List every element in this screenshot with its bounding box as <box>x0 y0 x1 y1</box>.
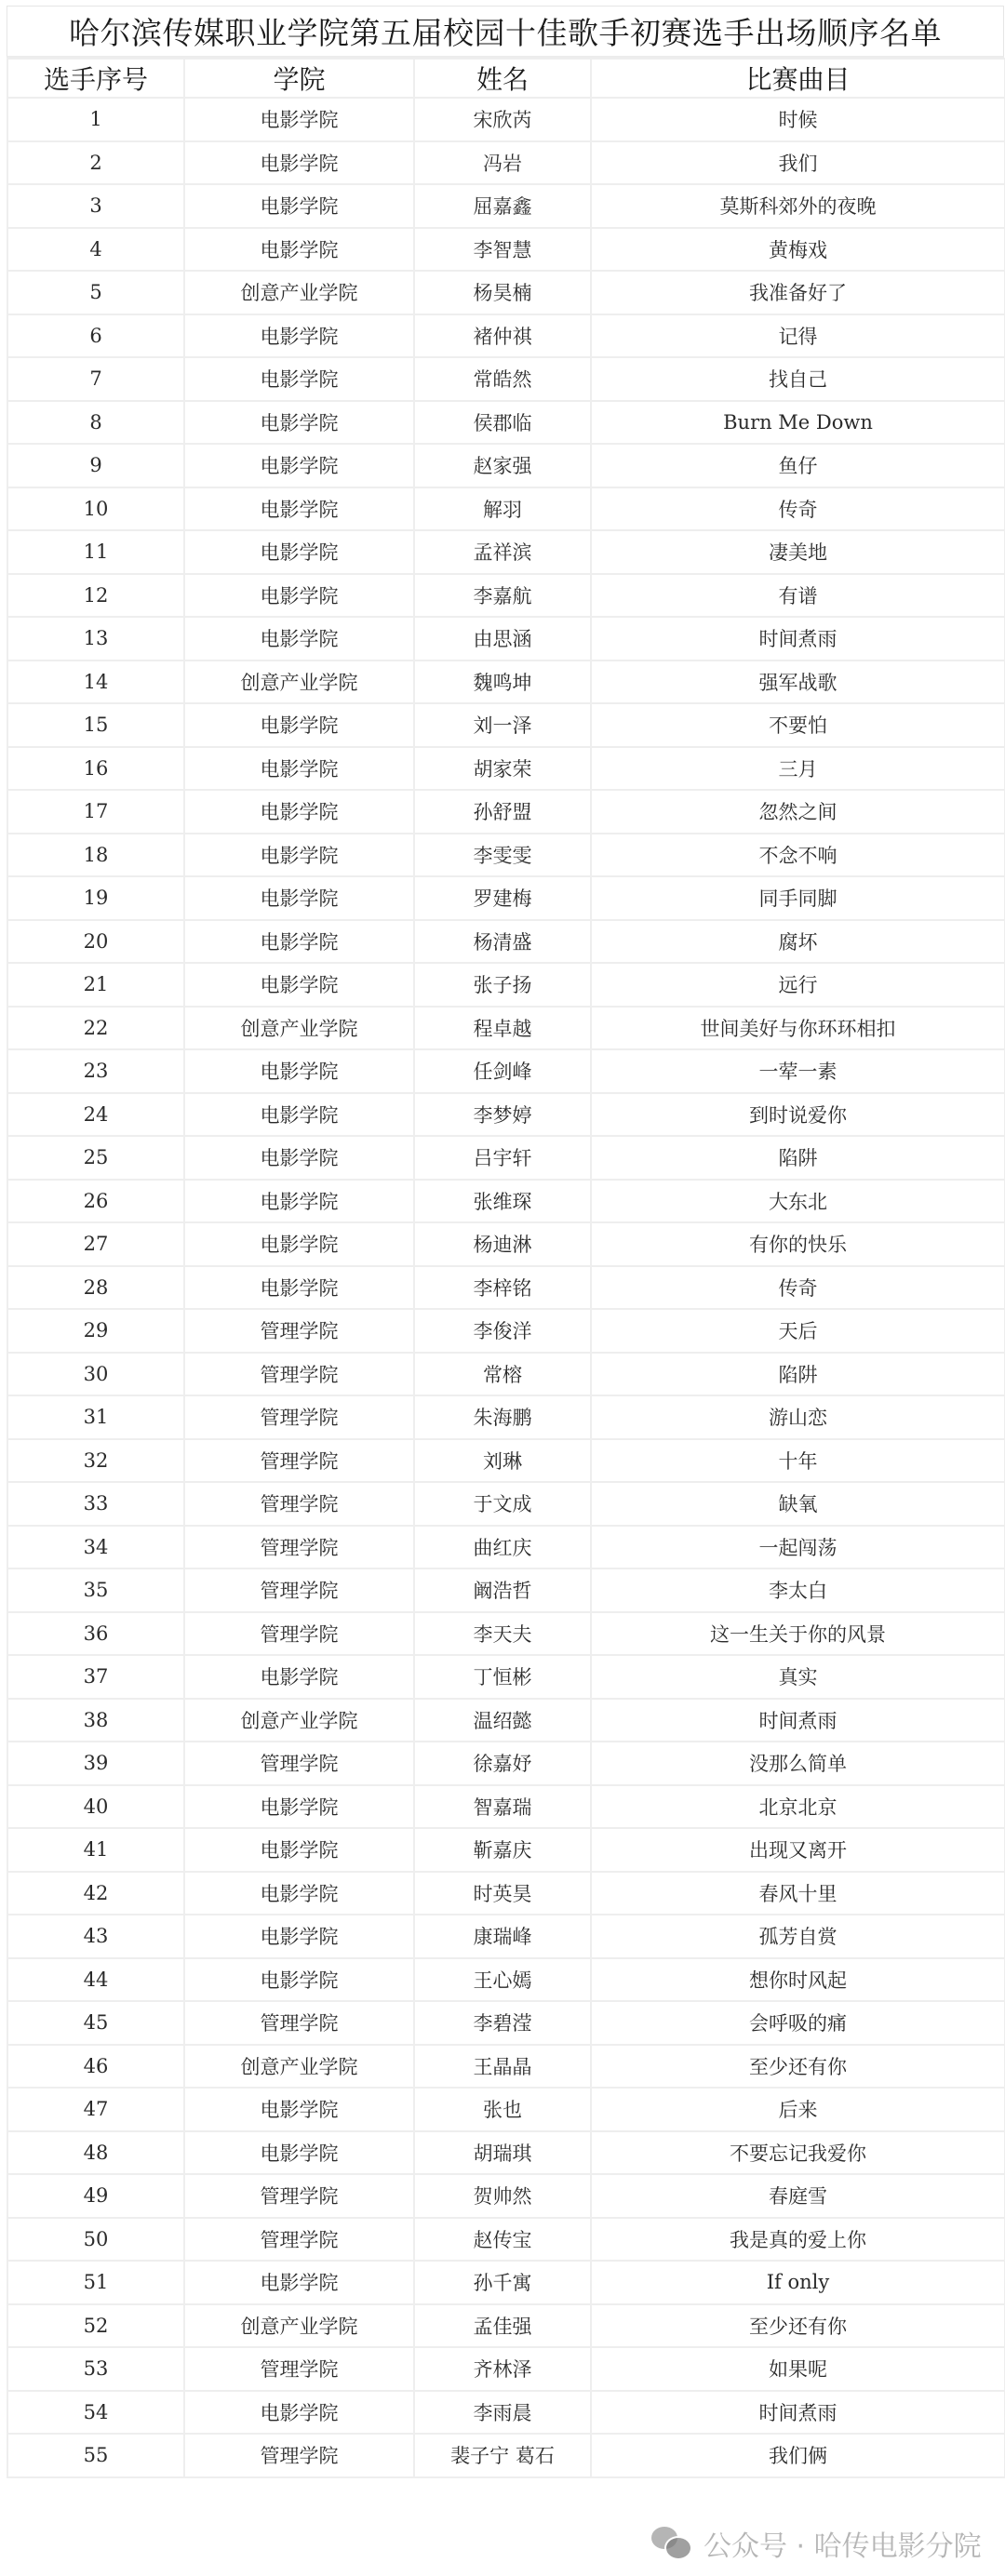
table-row: 39管理学院徐嘉妤没那么简单 <box>7 1742 1005 1785</box>
table-row: 7电影学院常皓然找自己 <box>7 357 1005 401</box>
cell-name: 赵家强 <box>414 444 591 487</box>
cell-college: 管理学院 <box>184 2347 414 2391</box>
table-row: 6电影学院褚仲祺记得 <box>7 314 1005 358</box>
cell-name: 裴子宁 葛石 <box>414 2434 591 2477</box>
table-row: 24电影学院李梦婷到时说爱你 <box>7 1093 1005 1137</box>
table-row: 10电影学院解羽传奇 <box>7 487 1005 531</box>
cell-name: 刘一泽 <box>414 703 591 747</box>
document-title: 哈尔滨传媒职业学院第五届校园十佳歌手初赛选手出场顺序名单 <box>7 6 1004 58</box>
table-row: 5创意产业学院杨昊楠我准备好了 <box>7 271 1005 314</box>
cell-song: 时间煮雨 <box>591 617 1005 661</box>
cell-name: 任剑峰 <box>414 1049 591 1093</box>
cell-name: 解羽 <box>414 487 591 531</box>
table-row: 19电影学院罗建梅同手同脚 <box>7 876 1005 920</box>
cell-name: 常皓然 <box>414 357 591 401</box>
cell-song: 会呼吸的痛 <box>591 2001 1005 2045</box>
table-row: 17电影学院孙舒盟忽然之间 <box>7 790 1005 834</box>
cell-number: 30 <box>7 1353 184 1396</box>
cell-name: 曲红庆 <box>414 1526 591 1569</box>
cell-name: 杨清盛 <box>414 920 591 964</box>
cell-name: 李梦婷 <box>414 1093 591 1137</box>
cell-college: 电影学院 <box>184 1136 414 1180</box>
table-row: 25电影学院吕宇轩陷阱 <box>7 1136 1005 1180</box>
cell-college: 管理学院 <box>184 1439 414 1483</box>
cell-college: 电影学院 <box>184 314 414 358</box>
table-row: 33管理学院于文成缺氧 <box>7 1482 1005 1526</box>
cell-number: 27 <box>7 1222 184 1266</box>
cell-song: 时间煮雨 <box>591 2391 1005 2435</box>
cell-name: 孙千寓 <box>414 2261 591 2304</box>
cell-number: 12 <box>7 574 184 618</box>
cell-name: 张子扬 <box>414 963 591 1007</box>
cell-college: 创意产业学院 <box>184 661 414 704</box>
table-row: 48电影学院胡瑞琪不要忘记我爱你 <box>7 2131 1005 2175</box>
cell-number: 14 <box>7 661 184 704</box>
table-row: 42电影学院时英昊春风十里 <box>7 1872 1005 1915</box>
cell-number: 19 <box>7 876 184 920</box>
cell-song: 远行 <box>591 963 1005 1007</box>
cell-college: 电影学院 <box>184 357 414 401</box>
watermark: 公众号 · 哈传电影分院 <box>651 2523 982 2564</box>
table-row: 12电影学院李嘉航有谱 <box>7 574 1005 618</box>
cell-college: 电影学院 <box>184 530 414 574</box>
cell-number: 25 <box>7 1136 184 1180</box>
table-row: 40电影学院智嘉瑞北京北京 <box>7 1785 1005 1829</box>
table-row: 27电影学院杨迪淋有你的快乐 <box>7 1222 1005 1266</box>
table-row: 51电影学院孙千寓If only <box>7 2261 1005 2304</box>
cell-number: 48 <box>7 2131 184 2175</box>
cell-name: 李雯雯 <box>414 834 591 877</box>
cell-number: 4 <box>7 228 184 272</box>
cell-college: 创意产业学院 <box>184 1007 414 1050</box>
table-row: 30管理学院常榕陷阱 <box>7 1353 1005 1396</box>
cell-college: 电影学院 <box>184 747 414 791</box>
cell-number: 28 <box>7 1266 184 1310</box>
cell-song: 时间煮雨 <box>591 1699 1005 1742</box>
cell-name: 张也 <box>414 2088 591 2131</box>
table-row: 36管理学院李天夫这一生关于你的风景 <box>7 1612 1005 1656</box>
table-row: 1电影学院宋欣芮时候 <box>7 98 1005 141</box>
column-header-name: 姓名 <box>414 59 591 98</box>
cell-college: 电影学院 <box>184 1049 414 1093</box>
cell-number: 46 <box>7 2045 184 2089</box>
cell-song: 真实 <box>591 1655 1005 1699</box>
cell-number: 52 <box>7 2304 184 2348</box>
cell-college: 管理学院 <box>184 2218 414 2262</box>
table-row: 43电影学院康瑞峰孤芳自赏 <box>7 1915 1005 1958</box>
cell-college: 管理学院 <box>184 2174 414 2218</box>
cell-number: 23 <box>7 1049 184 1093</box>
cell-song: 至少还有你 <box>591 2304 1005 2348</box>
cell-song: 至少还有你 <box>591 2045 1005 2089</box>
cell-song: 陷阱 <box>591 1353 1005 1396</box>
cell-song: 我是真的爱上你 <box>591 2218 1005 2262</box>
cell-number: 31 <box>7 1395 184 1439</box>
cell-number: 37 <box>7 1655 184 1699</box>
cell-college: 电影学院 <box>184 1655 414 1699</box>
cell-name: 靳嘉庆 <box>414 1828 591 1872</box>
cell-song: 世间美好与你环环相扣 <box>591 1007 1005 1050</box>
cell-song: 李太白 <box>591 1568 1005 1612</box>
cell-song: 这一生关于你的风景 <box>591 1612 1005 1656</box>
cell-song: 到时说爱你 <box>591 1093 1005 1137</box>
table-row: 13电影学院由思涵时间煮雨 <box>7 617 1005 661</box>
cell-number: 13 <box>7 617 184 661</box>
cell-name: 胡瑞琪 <box>414 2131 591 2175</box>
cell-number: 54 <box>7 2391 184 2435</box>
cell-college: 管理学院 <box>184 1353 414 1396</box>
cell-name: 孟佳强 <box>414 2304 591 2348</box>
cell-college: 电影学院 <box>184 487 414 531</box>
cell-college: 电影学院 <box>184 1222 414 1266</box>
cell-name: 李智慧 <box>414 228 591 272</box>
table-row: 11电影学院孟祥滨凄美地 <box>7 530 1005 574</box>
cell-name: 张维琛 <box>414 1180 591 1223</box>
cell-number: 44 <box>7 1958 184 2002</box>
contestant-list-sheet: 哈尔滨传媒职业学院第五届校园十佳歌手初赛选手出场顺序名单 选手序号 学院 姓名 … <box>7 6 1004 2478</box>
cell-song: 大东北 <box>591 1180 1005 1223</box>
table-row: 29管理学院李俊洋天后 <box>7 1309 1005 1353</box>
cell-song: 天后 <box>591 1309 1005 1353</box>
cell-name: 宋欣芮 <box>414 98 591 141</box>
cell-name: 由思涵 <box>414 617 591 661</box>
table-row: 21电影学院张子扬远行 <box>7 963 1005 1007</box>
table-row: 16电影学院胡家荣三月 <box>7 747 1005 791</box>
table-row: 4电影学院李智慧黄梅戏 <box>7 228 1005 272</box>
cell-college: 管理学院 <box>184 1526 414 1569</box>
cell-number: 43 <box>7 1915 184 1958</box>
cell-name: 李梓铭 <box>414 1266 591 1310</box>
cell-name: 朱海鹏 <box>414 1395 591 1439</box>
cell-song: 我准备好了 <box>591 271 1005 314</box>
cell-college: 电影学院 <box>184 2261 414 2304</box>
cell-number: 42 <box>7 1872 184 1915</box>
table-row: 9电影学院赵家强鱼仔 <box>7 444 1005 487</box>
cell-song: 不要怕 <box>591 703 1005 747</box>
table-row: 15电影学院刘一泽不要怕 <box>7 703 1005 747</box>
cell-college: 电影学院 <box>184 141 414 185</box>
cell-college: 电影学院 <box>184 834 414 877</box>
cell-number: 50 <box>7 2218 184 2262</box>
cell-number: 34 <box>7 1526 184 1569</box>
cell-song: 我们 <box>591 141 1005 185</box>
cell-name: 冯岩 <box>414 141 591 185</box>
table-row: 50管理学院赵传宝我是真的爱上你 <box>7 2218 1005 2262</box>
cell-college: 电影学院 <box>184 98 414 141</box>
cell-number: 53 <box>7 2347 184 2391</box>
cell-song: 一起闯荡 <box>591 1526 1005 1569</box>
cell-number: 1 <box>7 98 184 141</box>
cell-song: 强军战歌 <box>591 661 1005 704</box>
cell-name: 王晶晶 <box>414 2045 591 2089</box>
cell-song: 凄美地 <box>591 530 1005 574</box>
table-row: 31管理学院朱海鹏游山恋 <box>7 1395 1005 1439</box>
table-row: 54电影学院李雨晨时间煮雨 <box>7 2391 1005 2435</box>
cell-college: 电影学院 <box>184 1958 414 2002</box>
cell-college: 电影学院 <box>184 1828 414 1872</box>
cell-number: 55 <box>7 2434 184 2477</box>
cell-college: 创意产业学院 <box>184 2304 414 2348</box>
cell-song: Burn Me Down <box>591 401 1005 445</box>
cell-number: 22 <box>7 1007 184 1050</box>
cell-college: 管理学院 <box>184 1568 414 1612</box>
cell-name: 李俊洋 <box>414 1309 591 1353</box>
cell-number: 21 <box>7 963 184 1007</box>
cell-number: 20 <box>7 920 184 964</box>
cell-song: 想你时风起 <box>591 1958 1005 2002</box>
cell-song: 有谱 <box>591 574 1005 618</box>
cell-name: 孙舒盟 <box>414 790 591 834</box>
cell-name: 罗建梅 <box>414 876 591 920</box>
cell-song: 不要忘记我爱你 <box>591 2131 1005 2175</box>
cell-song: 不念不响 <box>591 834 1005 877</box>
table-header-row: 选手序号 学院 姓名 比赛曲目 <box>7 59 1005 98</box>
cell-number: 15 <box>7 703 184 747</box>
cell-college: 管理学院 <box>184 1309 414 1353</box>
cell-name: 贺帅然 <box>414 2174 591 2218</box>
cell-name: 徐嘉妤 <box>414 1742 591 1785</box>
cell-number: 2 <box>7 141 184 185</box>
cell-song: 有你的快乐 <box>591 1222 1005 1266</box>
cell-name: 阚浩哲 <box>414 1568 591 1612</box>
table-row: 46创意产业学院王晶晶至少还有你 <box>7 2045 1005 2089</box>
cell-college: 电影学院 <box>184 1266 414 1310</box>
cell-college: 电影学院 <box>184 2391 414 2435</box>
cell-number: 38 <box>7 1699 184 1742</box>
cell-number: 35 <box>7 1568 184 1612</box>
cell-song: 记得 <box>591 314 1005 358</box>
cell-college: 电影学院 <box>184 574 414 618</box>
cell-college: 电影学院 <box>184 2088 414 2131</box>
cell-number: 49 <box>7 2174 184 2218</box>
cell-song: 传奇 <box>591 487 1005 531</box>
column-header-number: 选手序号 <box>7 59 184 98</box>
cell-song: 春庭雪 <box>591 2174 1005 2218</box>
cell-song: 十年 <box>591 1439 1005 1483</box>
table-row: 23电影学院任剑峰一荤一素 <box>7 1049 1005 1093</box>
cell-number: 36 <box>7 1612 184 1656</box>
cell-name: 侯郡临 <box>414 401 591 445</box>
table-row: 18电影学院李雯雯不念不响 <box>7 834 1005 877</box>
cell-college: 管理学院 <box>184 1395 414 1439</box>
table-row: 26电影学院张维琛大东北 <box>7 1180 1005 1223</box>
table-row: 20电影学院杨清盛腐坏 <box>7 920 1005 964</box>
cell-college: 电影学院 <box>184 963 414 1007</box>
cell-song: 同手同脚 <box>591 876 1005 920</box>
cell-name: 杨迪淋 <box>414 1222 591 1266</box>
cell-college: 管理学院 <box>184 2434 414 2477</box>
cell-name: 李雨晨 <box>414 2391 591 2435</box>
cell-number: 33 <box>7 1482 184 1526</box>
cell-number: 7 <box>7 357 184 401</box>
cell-number: 41 <box>7 1828 184 1872</box>
cell-song: 孤芳自赏 <box>591 1915 1005 1958</box>
cell-college: 电影学院 <box>184 184 414 228</box>
table-row: 47电影学院张也后来 <box>7 2088 1005 2131</box>
cell-name: 李天夫 <box>414 1612 591 1656</box>
cell-college: 电影学院 <box>184 1872 414 1915</box>
cell-song: 莫斯科郊外的夜晚 <box>591 184 1005 228</box>
cell-song: 找自己 <box>591 357 1005 401</box>
cell-college: 创意产业学院 <box>184 1699 414 1742</box>
cell-number: 26 <box>7 1180 184 1223</box>
table-row: 35管理学院阚浩哲李太白 <box>7 1568 1005 1612</box>
table-row: 37电影学院丁恒彬真实 <box>7 1655 1005 1699</box>
cell-college: 电影学院 <box>184 1180 414 1223</box>
cell-name: 齐林泽 <box>414 2347 591 2391</box>
cell-college: 电影学院 <box>184 401 414 445</box>
cell-college: 电影学院 <box>184 444 414 487</box>
cell-song: 北京北京 <box>591 1785 1005 1829</box>
cell-number: 9 <box>7 444 184 487</box>
cell-college: 电影学院 <box>184 703 414 747</box>
table-row: 44电影学院王心嫣想你时风起 <box>7 1958 1005 2002</box>
cell-college: 电影学院 <box>184 790 414 834</box>
watermark-text: 公众号 · 哈传电影分院 <box>703 2523 982 2564</box>
cell-name: 程卓越 <box>414 1007 591 1050</box>
table-row: 45管理学院李碧滢会呼吸的痛 <box>7 2001 1005 2045</box>
cell-name: 李嘉航 <box>414 574 591 618</box>
cell-college: 电影学院 <box>184 1785 414 1829</box>
cell-song: 陷阱 <box>591 1136 1005 1180</box>
cell-number: 40 <box>7 1785 184 1829</box>
cell-song: 春风十里 <box>591 1872 1005 1915</box>
cell-number: 8 <box>7 401 184 445</box>
cell-number: 10 <box>7 487 184 531</box>
cell-song: 出现又离开 <box>591 1828 1005 1872</box>
cell-song: 如果呢 <box>591 2347 1005 2391</box>
cell-number: 17 <box>7 790 184 834</box>
table-row: 49管理学院贺帅然春庭雪 <box>7 2174 1005 2218</box>
cell-college: 电影学院 <box>184 2131 414 2175</box>
cell-college: 创意产业学院 <box>184 2045 414 2089</box>
cell-number: 39 <box>7 1742 184 1785</box>
cell-song: 腐坏 <box>591 920 1005 964</box>
cell-college: 电影学院 <box>184 228 414 272</box>
cell-song: 我们俩 <box>591 2434 1005 2477</box>
table-row: 38创意产业学院温绍懿时间煮雨 <box>7 1699 1005 1742</box>
cell-name: 魏鸣坤 <box>414 661 591 704</box>
cell-name: 康瑞峰 <box>414 1915 591 1958</box>
cell-number: 29 <box>7 1309 184 1353</box>
cell-number: 6 <box>7 314 184 358</box>
cell-number: 32 <box>7 1439 184 1483</box>
wechat-icon <box>651 2527 692 2560</box>
table-row: 28电影学院李梓铭传奇 <box>7 1266 1005 1310</box>
table-row: 8电影学院侯郡临Burn Me Down <box>7 401 1005 445</box>
cell-song: 一荤一素 <box>591 1049 1005 1093</box>
cell-college: 电影学院 <box>184 876 414 920</box>
table-row: 2电影学院冯岩我们 <box>7 141 1005 185</box>
cell-name: 赵传宝 <box>414 2218 591 2262</box>
table-row: 53管理学院齐林泽如果呢 <box>7 2347 1005 2391</box>
table-row: 22创意产业学院程卓越世间美好与你环环相扣 <box>7 1007 1005 1050</box>
table-row: 14创意产业学院魏鸣坤强军战歌 <box>7 661 1005 704</box>
table-body: 1电影学院宋欣芮时候2电影学院冯岩我们3电影学院屈嘉鑫莫斯科郊外的夜晚4电影学院… <box>7 98 1005 2477</box>
cell-song: If only <box>591 2261 1005 2304</box>
cell-name: 王心嫣 <box>414 1958 591 2002</box>
cell-number: 47 <box>7 2088 184 2131</box>
cell-college: 电影学院 <box>184 920 414 964</box>
cell-name: 李碧滢 <box>414 2001 591 2045</box>
cell-name: 常榕 <box>414 1353 591 1396</box>
cell-name: 智嘉瑞 <box>414 1785 591 1829</box>
cell-name: 孟祥滨 <box>414 530 591 574</box>
cell-college: 管理学院 <box>184 1612 414 1656</box>
contestant-table: 选手序号 学院 姓名 比赛曲目 1电影学院宋欣芮时候2电影学院冯岩我们3电影学院… <box>7 58 1005 2478</box>
cell-name: 丁恒彬 <box>414 1655 591 1699</box>
cell-college: 电影学院 <box>184 617 414 661</box>
cell-name: 时英昊 <box>414 1872 591 1915</box>
cell-name: 刘琳 <box>414 1439 591 1483</box>
cell-song: 传奇 <box>591 1266 1005 1310</box>
cell-number: 5 <box>7 271 184 314</box>
cell-name: 吕宇轩 <box>414 1136 591 1180</box>
table-row: 41电影学院靳嘉庆出现又离开 <box>7 1828 1005 1872</box>
cell-name: 屈嘉鑫 <box>414 184 591 228</box>
cell-college: 管理学院 <box>184 2001 414 2045</box>
cell-name: 褚仲祺 <box>414 314 591 358</box>
cell-name: 于文成 <box>414 1482 591 1526</box>
table-row: 34管理学院曲红庆一起闯荡 <box>7 1526 1005 1569</box>
cell-number: 11 <box>7 530 184 574</box>
cell-song: 黄梅戏 <box>591 228 1005 272</box>
table-row: 32管理学院刘琳十年 <box>7 1439 1005 1483</box>
table-row: 52创意产业学院孟佳强至少还有你 <box>7 2304 1005 2348</box>
cell-college: 电影学院 <box>184 1915 414 1958</box>
cell-college: 电影学院 <box>184 1093 414 1137</box>
cell-number: 18 <box>7 834 184 877</box>
cell-song: 时候 <box>591 98 1005 141</box>
cell-number: 3 <box>7 184 184 228</box>
cell-name: 杨昊楠 <box>414 271 591 314</box>
cell-song: 缺氧 <box>591 1482 1005 1526</box>
cell-song: 没那么简单 <box>591 1742 1005 1785</box>
column-header-song: 比赛曲目 <box>591 59 1005 98</box>
cell-college: 管理学院 <box>184 1742 414 1785</box>
table-row: 55管理学院裴子宁 葛石我们俩 <box>7 2434 1005 2477</box>
cell-song: 后来 <box>591 2088 1005 2131</box>
column-header-college: 学院 <box>184 59 414 98</box>
cell-college: 管理学院 <box>184 1482 414 1526</box>
cell-song: 游山恋 <box>591 1395 1005 1439</box>
cell-name: 温绍懿 <box>414 1699 591 1742</box>
cell-number: 45 <box>7 2001 184 2045</box>
cell-number: 24 <box>7 1093 184 1137</box>
cell-song: 忽然之间 <box>591 790 1005 834</box>
cell-college: 创意产业学院 <box>184 271 414 314</box>
table-row: 3电影学院屈嘉鑫莫斯科郊外的夜晚 <box>7 184 1005 228</box>
cell-number: 51 <box>7 2261 184 2304</box>
cell-name: 胡家荣 <box>414 747 591 791</box>
cell-song: 三月 <box>591 747 1005 791</box>
cell-number: 16 <box>7 747 184 791</box>
cell-song: 鱼仔 <box>591 444 1005 487</box>
